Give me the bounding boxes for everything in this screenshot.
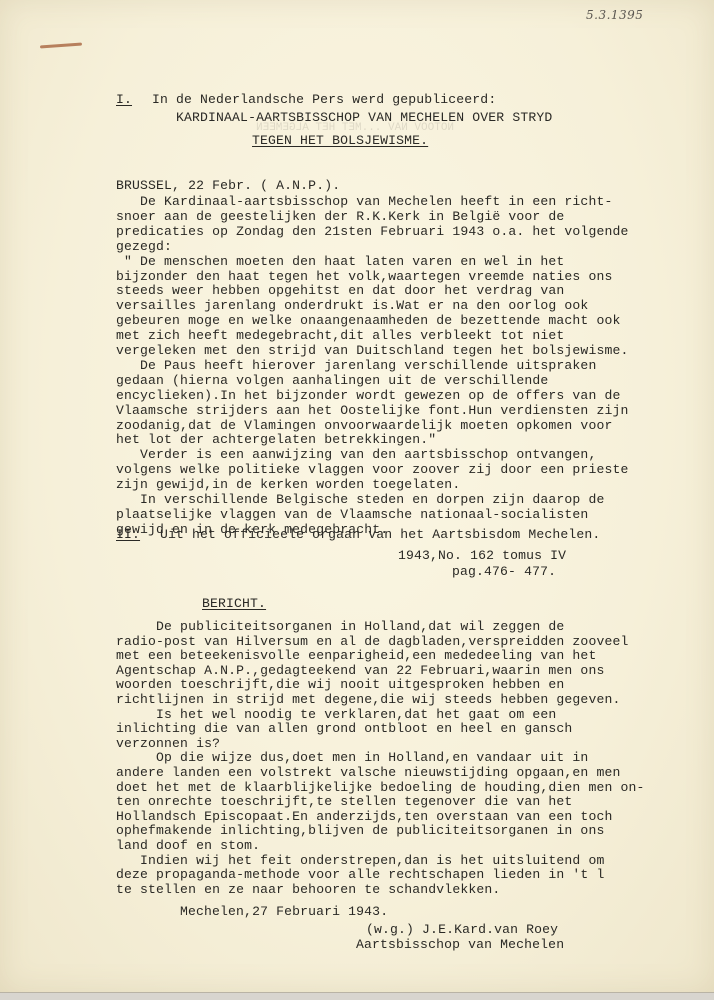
headline-line2: TEGEN HET BOLSJEWISME. <box>252 133 428 148</box>
signature-line1: (w.g.) J.E.Kard.van Roey <box>366 922 558 937</box>
text-line: Hollandsch Episcopaat.En anderzijds,ten … <box>116 809 612 824</box>
text-line: Op die wijze dus,doet men in Holland,en … <box>116 750 588 765</box>
text-line: met een beteekenisvolle eenparigheid,een… <box>116 648 596 663</box>
archive-annotation: 5.3.1395 <box>586 8 643 22</box>
text-line: steeds weer hebben opgehitst en dat door… <box>116 283 564 298</box>
text-line: snoer aan de geestelijken der R.K.Kerk i… <box>116 209 564 224</box>
bericht-heading: BERICHT. <box>202 596 266 611</box>
text-line: zoodanig,dat de Vlamingen onvoorwaardeli… <box>116 418 612 433</box>
place-date: Mechelen,27 Februari 1943. <box>180 904 388 919</box>
text-line: andere landen een volstrekt valsche nieu… <box>116 765 620 780</box>
reference-line2: pag.476- 477. <box>452 564 556 579</box>
text-line: Indien wij het feit onderstrepen,dan is … <box>116 853 604 868</box>
text-line: vergeleken met den strijd van Duitschlan… <box>116 343 628 358</box>
text-line: het lot der achtergelaten betrekkingen." <box>116 432 436 447</box>
headline-line1: KARDINAAL-AARTSBISSCHOP VAN MECHELEN OVE… <box>176 110 552 125</box>
reference-line1: 1943,No. 162 tomus IV <box>398 548 566 563</box>
text-line: De Kardinaal-aartsbisschop van Mechelen … <box>116 194 612 209</box>
text-line: gezegd: <box>116 239 172 254</box>
text-line: land doof en stom. <box>116 838 260 853</box>
text-line: gebeuren moge en welke onaangenaamheden … <box>116 313 620 328</box>
text-line: gedaan (hierna volgen aanhalingen uit de… <box>116 373 548 388</box>
text-line: woorden toeschrijft,die wij nooit uitges… <box>116 677 564 692</box>
section1-marker: I. <box>116 92 132 107</box>
text-line: Vlaamsche strijders aan het Oostelijke f… <box>116 403 628 418</box>
text-line: " De menschen moeten den haat laten vare… <box>116 254 564 269</box>
text-line: predicaties op Zondag den 21sten Februar… <box>116 224 628 239</box>
text-line: zijn gewijd,in de kerken worden toegelat… <box>116 477 460 492</box>
text-line: Agentschap A.N.P.,gedagteekend van 22 Fe… <box>116 663 604 678</box>
text-line: versailles jarenlang onderdrukt is.Wat e… <box>116 298 588 313</box>
text-line: richtlijnen in strijd met degene,die wij… <box>116 692 620 707</box>
text-line: te stellen en ze naar behooren te schand… <box>116 882 500 897</box>
text-line: radio-post van Hilversum en al de dagbla… <box>116 634 628 649</box>
text-line: ophefmakende inlichting,blijven de publi… <box>116 823 604 838</box>
text-line: inlichting die van allen grond ontbloot … <box>116 721 572 736</box>
text-line: doet het met de klaarblijkelijke bedoeli… <box>116 780 645 795</box>
text-line: Is het wel noodig te verklaren,dat het g… <box>116 707 556 722</box>
text-line: Verder is een aanwijzing van den aartsbi… <box>116 447 596 462</box>
section2-marker: II. <box>116 527 140 542</box>
signature-line2: Aartsbisschop van Mechelen <box>356 937 564 952</box>
text-line: met zich heeft medegebracht,dit alles ve… <box>116 328 564 343</box>
text-line: encyclieken).In het bijzonder wordt gewe… <box>116 388 620 403</box>
text-line: plaatselijke vlaggen van de Vlaamsche na… <box>116 507 588 522</box>
section2-text: Uit het officieele orgaan van het Aartsb… <box>160 527 600 542</box>
text-line: In verschillende Belgische steden en dor… <box>116 492 604 507</box>
text-line: deze propaganda-methode voor alle rechts… <box>116 867 604 882</box>
text-line: ten onrechte toeschrijft,te stellen tege… <box>116 794 572 809</box>
scanner-edge <box>0 992 714 1000</box>
text-line: volgens welke politieke vlaggen voor zoo… <box>116 462 628 477</box>
dateline: BRUSSEL, 22 Febr. ( A.N.P.). <box>116 178 340 193</box>
text-line: De Paus heeft hierover jarenlang verschi… <box>116 358 596 373</box>
section1-intro: In de Nederlandsche Pers werd gepublicee… <box>152 92 496 107</box>
text-line: De publiciteitsorganen in Holland,dat wi… <box>116 619 564 634</box>
text-line: bijzonder den haat tegen het volk,waarte… <box>116 269 612 284</box>
text-line: verzonnen is? <box>116 736 220 751</box>
